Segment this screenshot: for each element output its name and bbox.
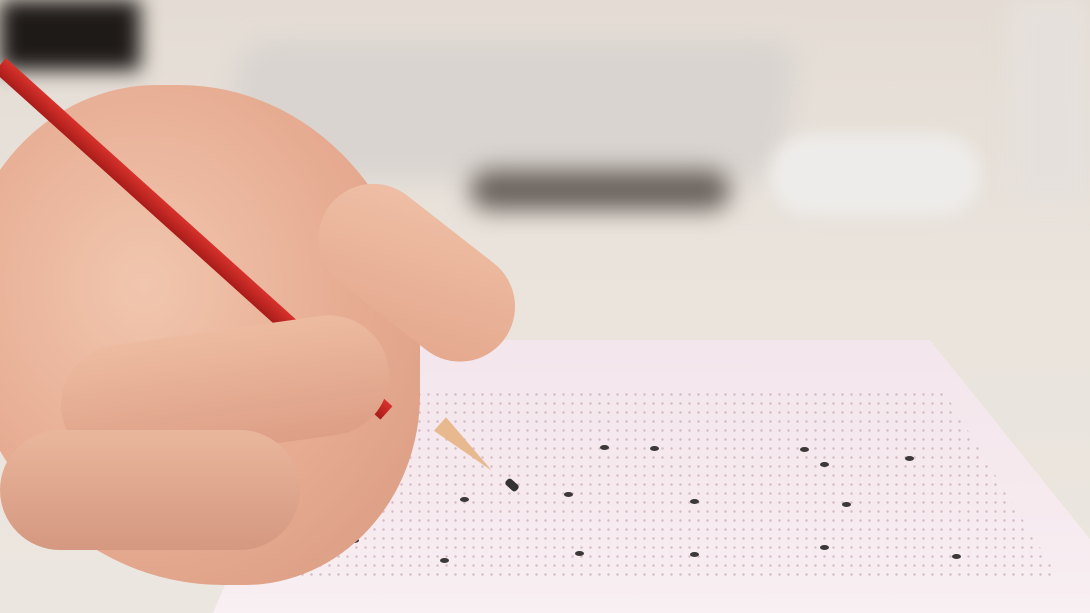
filled-bubble xyxy=(650,446,659,451)
desk-background xyxy=(1010,0,1090,200)
filled-bubble xyxy=(820,545,829,550)
filled-bubble xyxy=(440,558,449,563)
filled-bubble xyxy=(690,552,699,557)
blurred-mouse xyxy=(770,135,980,215)
blurred-device-shadow xyxy=(470,170,730,210)
filled-bubble xyxy=(600,445,609,450)
filled-bubble xyxy=(575,551,584,556)
filled-bubble xyxy=(905,456,914,461)
ring-finger xyxy=(0,430,300,550)
filled-bubble xyxy=(564,492,573,497)
filled-bubble xyxy=(690,499,699,504)
filled-bubble xyxy=(952,554,961,559)
photo-scene xyxy=(0,0,1090,613)
filled-bubble xyxy=(460,497,469,502)
filled-bubble xyxy=(800,447,809,452)
filled-bubble xyxy=(820,462,829,467)
filled-bubble xyxy=(842,502,851,507)
dark-background xyxy=(0,0,140,70)
